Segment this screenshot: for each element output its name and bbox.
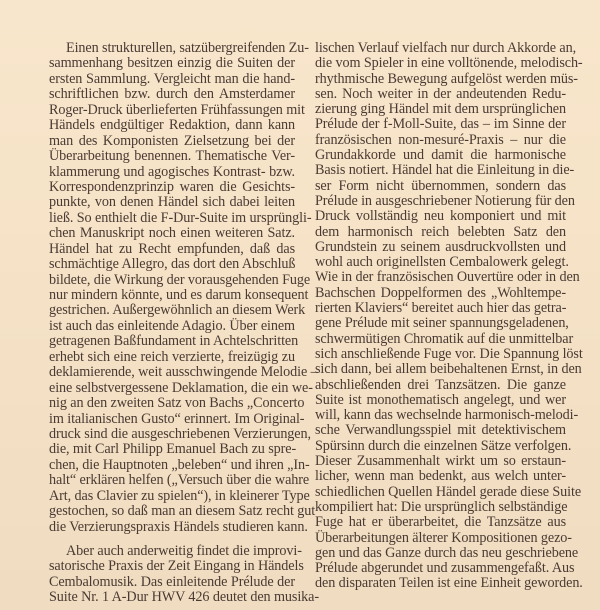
text-line: Grundakkorde und damit die harmonische [315,148,566,163]
text-line: sammenhang besitzen einzig die Suiten de… [49,56,295,71]
text-line: zierung ging Händel mit dem ursprünglich… [315,102,566,117]
text-line: Überarbeitung benennen. Thematische Ver- [49,149,295,164]
paragraph: Einen strukturellen, satzübergreifenden … [49,41,295,535]
text-line: sich anschließende Fuge vor. Die Spannun… [315,347,566,362]
text-line: getragenen Baßfundament in Achtelschritt… [49,334,295,349]
text-line: Händels endgültiger Redaktion, dann kann [49,118,295,133]
text-line: Wie in der französischen Ouvertüre oder … [315,270,566,285]
text-line: klammerung und agogisches Kontrast- bzw. [49,165,295,180]
text-line: Spürsinn durch die einzelnen Sätze verfo… [315,439,566,454]
text-line: Suite ist monothematisch angelegt, und w… [315,393,566,408]
text-line: rierten Klaviers“ bereitet auch hier das… [315,301,566,316]
text-line: kompiliert hat: Die ursprünglich selbstä… [315,500,566,515]
paragraph: Aber auch anderweitig findet die improvi… [49,544,295,606]
text-line: Einen strukturellen, satzübergreifenden … [49,41,295,56]
text-line: nig an den zweiten Satz von Bachs „Conce… [49,396,295,411]
text-line: wohl auch originellsten Cembalowerk gele… [315,255,566,270]
text-line: Grundstein zu seinem ausdruckvollsten un… [315,240,566,255]
text-line: ist auch das einleitende Adagio. Über ei… [49,319,295,334]
text-line: sich dann, bei allem beibehaltenen Ernst… [315,362,566,377]
text-line: Dieser Zusammenhalt wirkt um so erstaun- [315,454,566,469]
text-line: schiedlichen Quellen Händel gerade diese… [315,485,566,500]
text-line: will, kann das wechselnde harmonisch-mel… [315,408,566,423]
text-line: schwermütigen Chromatik auf die unmittel… [315,332,566,347]
text-line: Korrespondenzprinzip waren die Gesichts- [49,180,295,195]
text-line: nur mindern könnte, und es darum konsequ… [49,288,295,303]
text-line: im italianischen Gusto“ erinnert. Im Ori… [49,412,295,427]
text-line: gestrichen. Außergewöhnlich an diesem We… [49,303,295,318]
text-line: eine selbstvergessene Deklamation, die e… [49,381,295,396]
text-line: gen und das Ganze durch das neu geschrie… [315,546,566,561]
text-line: Bachschen Doppelformen des „Wohltempe- [315,286,566,301]
text-line: ser Form nicht übernommen, sondern das [315,179,566,194]
text-line: Prélude abgerundet und zusammengefaßt. A… [315,561,566,576]
text-line: sche Verwandlungsspiel mit detektivische… [315,423,566,438]
text-line: man des Komponisten Zielsetzung bei der [49,134,295,149]
text-line: Aber auch anderweitig findet die improvi… [49,544,295,559]
text-line: Händel hat zu Recht empfunden, daß das [49,242,295,257]
text-line: Prélude in ausgeschriebener Notierung fü… [315,194,566,209]
text-line: erhebt sich eine reich verzierte, freizü… [49,350,295,365]
text-line: chen Manuskript noch einen weiteren Satz… [49,226,295,241]
text-line: sen. Noch weiter in der andeutenden Redu… [315,87,566,102]
text-line: Fuge hat er überarbeitet, die Tanzsätze … [315,515,566,530]
text-line: schmächtige Allegro, das dort den Abschl… [49,257,295,272]
text-line: Überarbeitungen älterer Kompositionen ge… [315,531,566,546]
text-line: chen, die Hauptnoten „beleben“ und ihren… [49,458,295,473]
text-line: abschließenden drei Tanzsätzen. Die ganz… [315,378,566,393]
text-line: ließ. So enthielt die F-Dur-Suite im urs… [49,211,295,226]
text-line: Art, das Clavier zu spielen“), in kleine… [49,489,295,504]
text-line: rhythmische Bewegung aufgelöst werden mü… [315,72,566,87]
text-line: Basis notiert. Händel hat die Einleitung… [315,163,566,178]
text-line: deklamierende, weit ausschwingende Melod… [49,365,295,380]
text-line: die, mit Carl Philipp Emanuel Bach zu sp… [49,442,295,457]
text-line: Roger-Druck überlieferten Frühfassungen … [49,103,295,118]
text-line: französischen non-mesuré-Praxis – nur di… [315,133,566,148]
text-line: den disparaten Teilen ist eine Einheit g… [315,576,566,591]
text-line: dem harmonisch reich belebten Satz den [315,225,566,240]
text-line: Prélude der f-Moll-Suite, das – im Sinne… [315,117,566,132]
text-line: lischen Verlauf vielfach nur durch Akkor… [315,41,566,56]
text-line: ersten Sammlung. Vergleicht man die hand… [49,72,295,87]
text-line: bildete, die Wirkung der vorausgehenden … [49,273,295,288]
book-page: Einen strukturellen, satzübergreifenden … [0,0,600,610]
text-line: punkte, von denen Händel sich dabei leit… [49,195,295,210]
text-line: halt“ erklären helfen („Versuch über die… [49,473,295,488]
text-line: gene Prélude mit seiner spannungsgeladen… [315,316,566,331]
left-column: Einen strukturellen, satzübergreifenden … [49,41,295,606]
text-line: Suite Nr. 1 A-Dur HWV 426 deutet den mus… [49,590,295,605]
text-line: satorische Praxis der Zeit Eingang in Hä… [49,559,295,574]
right-column: lischen Verlauf vielfach nur durch Akkor… [315,41,566,592]
text-line: gestochen, so daß man an diesem Satz rec… [49,504,295,519]
text-line: Cembalomusik. Das einleitende Prélude de… [49,575,295,590]
text-line: druck sind die ausgeschriebenen Verzieru… [49,427,295,442]
text-line: Druck vollständig neu komponiert und mit [315,209,566,224]
text-line: licher, wenn man bedenkt, aus welch unte… [315,469,566,484]
text-line: die Verzierungspraxis Händels studieren … [49,520,295,535]
text-line: schriftlichen bzw. durch den Amsterdamer [49,87,295,102]
paragraph: lischen Verlauf vielfach nur durch Akkor… [315,41,566,592]
text-line: die vom Spieler in eine volltönende, mel… [315,56,566,71]
